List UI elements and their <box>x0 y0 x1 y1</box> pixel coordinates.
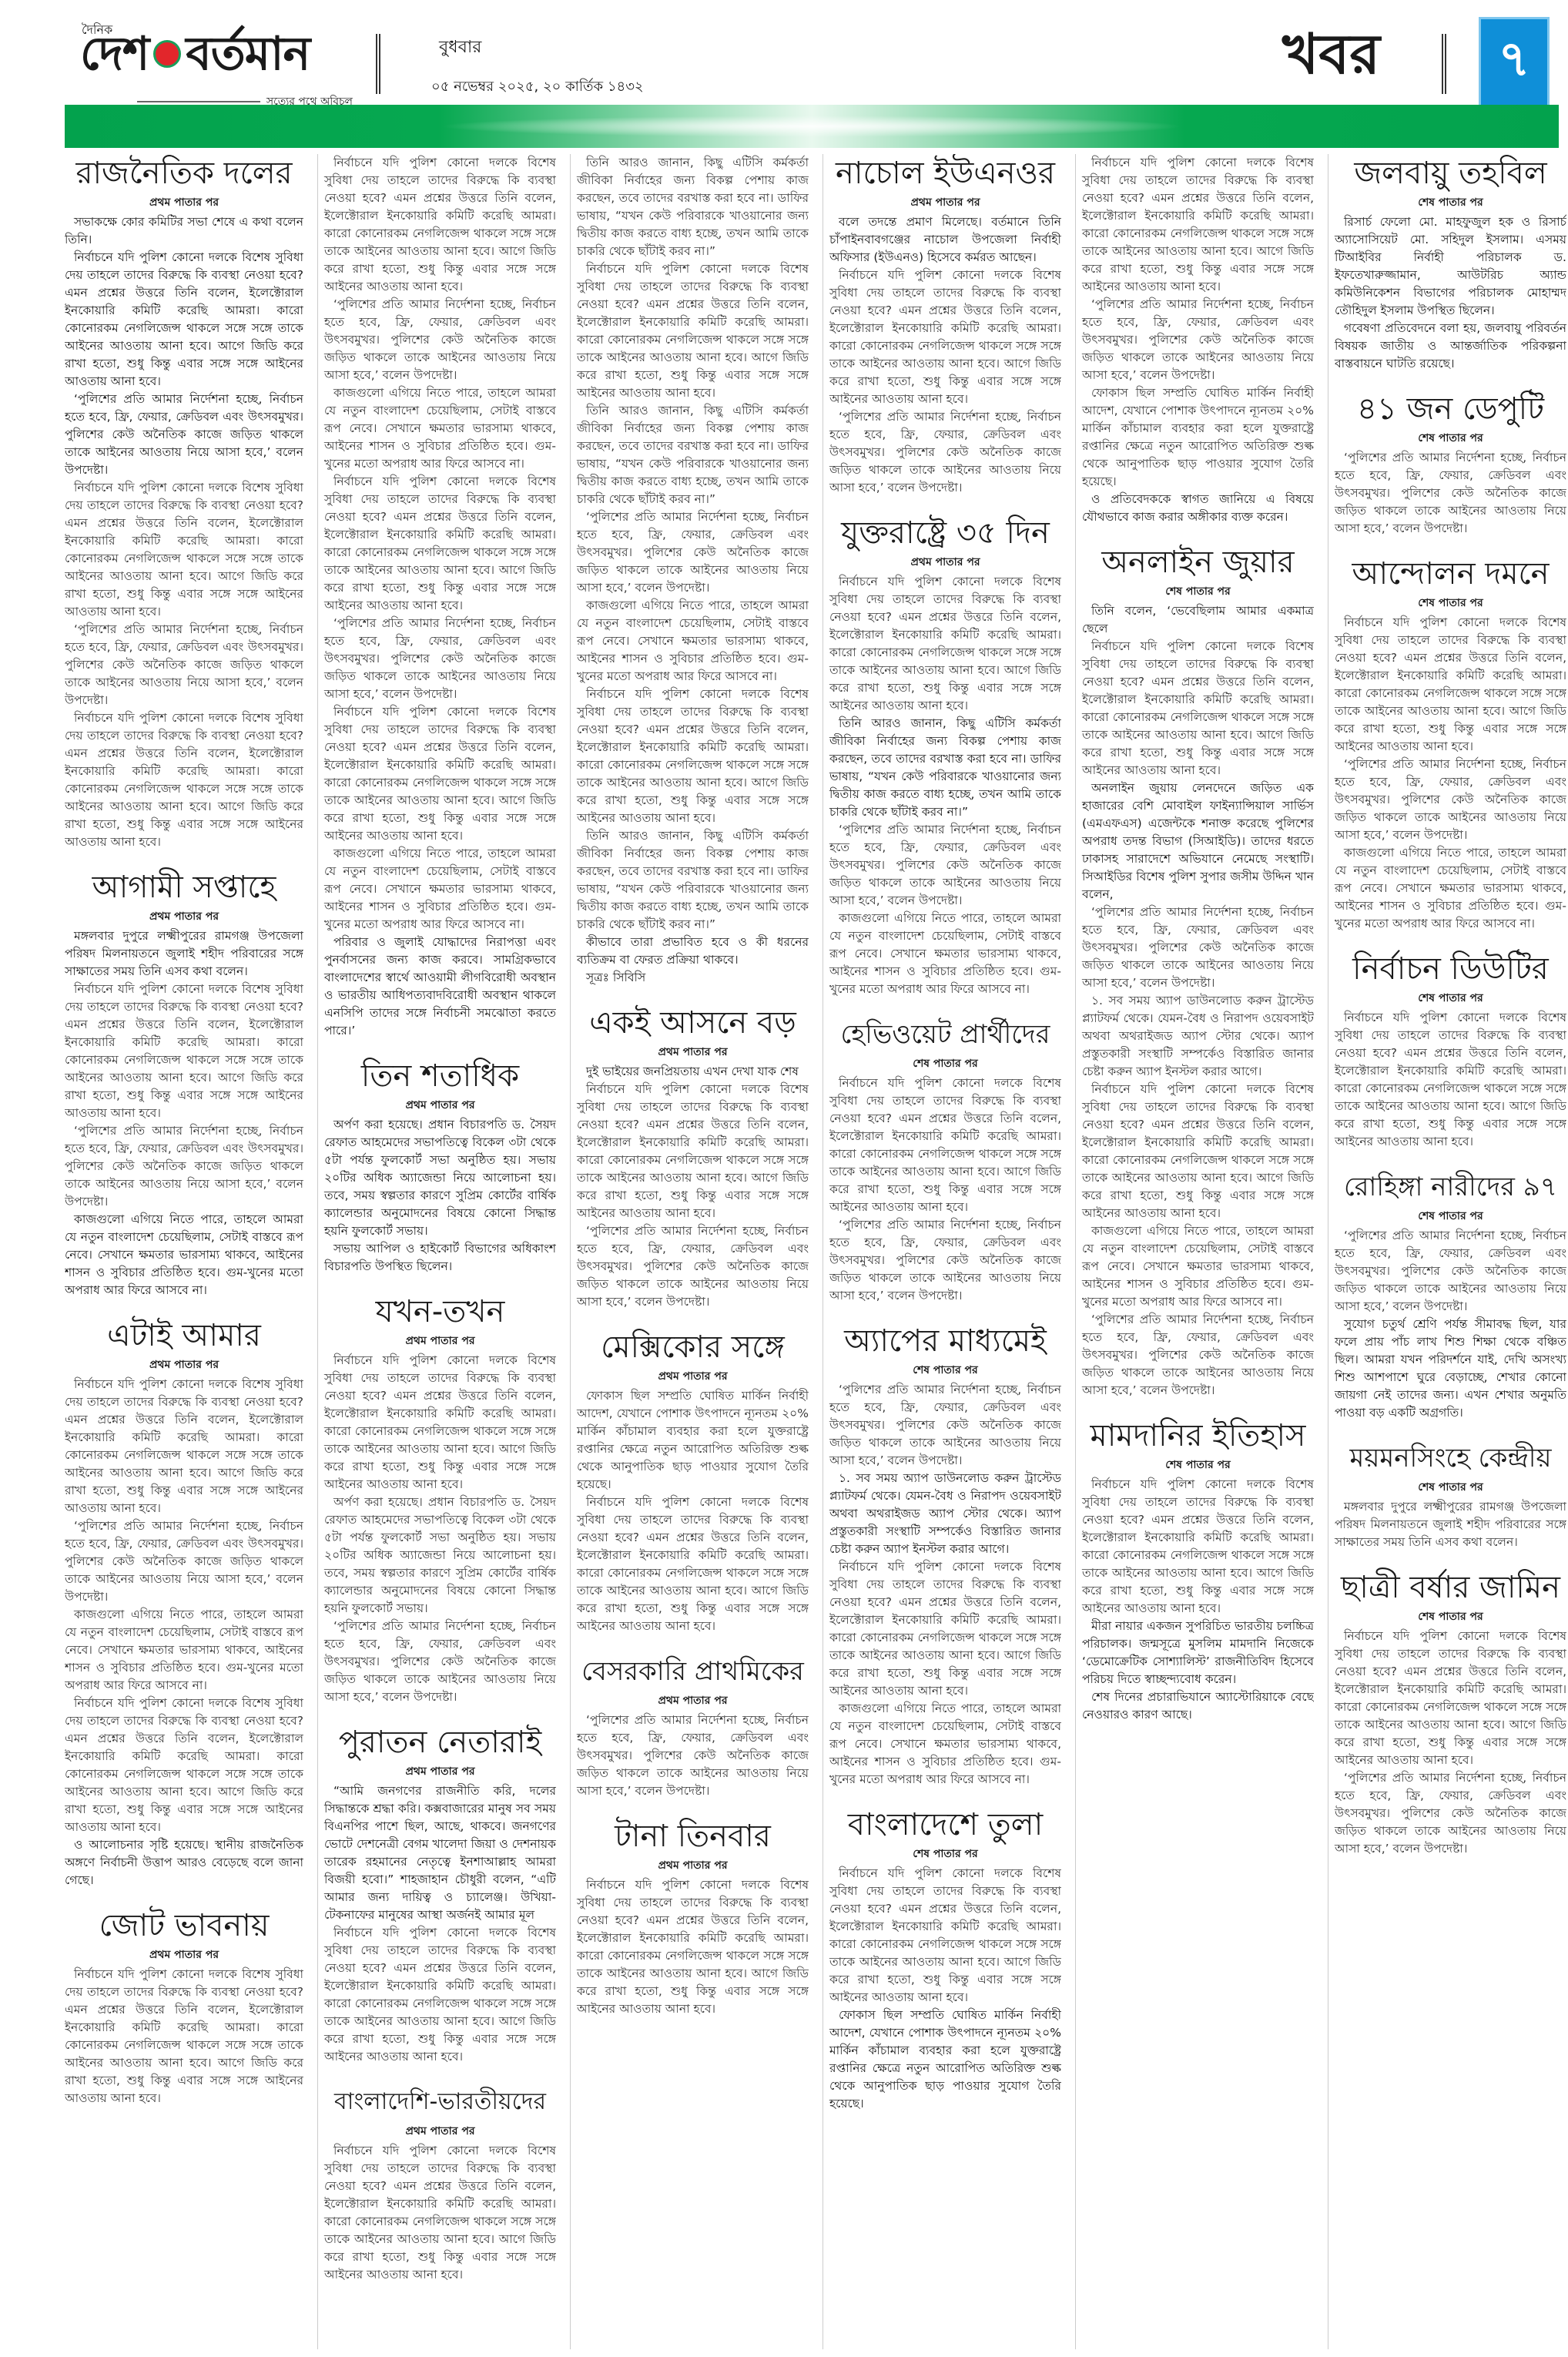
paragraph: নির্বাচনে যদি পুলিশ কোনো দলকে বিশেষ সুবি… <box>1082 1476 1314 1618</box>
paragraph: নির্বাচনে যদি পুলিশ কোনো দলকে বিশেষ সুবি… <box>829 1075 1061 1216</box>
continuation-label: প্রথম পাতার পর <box>324 1097 556 1115</box>
column-6: জলবায়ু তহবিল শেষ পাতার পর রিসার্চ ফেলো … <box>1328 154 1566 2349</box>
paragraph: নির্বাচনে যদি পুলিশ কোনো দলকে বিশেষ সুবি… <box>1335 1009 1566 1151</box>
paragraph: নির্বাচনে যদি পুলিশ কোনো দলকে বিশেষ সুবি… <box>324 703 556 845</box>
article-body: নির্বাচনে যদি পুলিশ কোনো দলকে বিশেষ সুবি… <box>829 1865 1061 2113</box>
page-number-badge: ৭ <box>1479 17 1550 108</box>
paragraph: ‘পুলিশের প্রতি আমার নির্দেশনা হচ্ছে, নির… <box>829 408 1061 497</box>
article-body: নির্বাচনে যদি পুলিশ কোনো দলকে বিশেষ সুবি… <box>1335 1628 1566 1858</box>
continuation-label: প্রথম পাতার পর <box>829 554 1061 572</box>
paragraph: নির্বাচনে যদি পুলিশ কোনো দলকে বিশেষ সুবি… <box>65 1966 303 2107</box>
continuation-label: শেষ পাতার পর <box>829 1362 1061 1380</box>
article-headline[interactable]: মামদানির ইতিহাস <box>1082 1417 1314 1455</box>
paragraph: ‘পুলিশের প্রতি আমার নির্দেশনা হচ্ছে, নির… <box>1335 756 1566 844</box>
article-headline[interactable]: ছাত্রী বর্ষার জামিন <box>1335 1568 1566 1607</box>
paragraph: নির্বাচনে যদি পুলিশ কোনো দলকে বিশেষ সুবি… <box>829 267 1061 408</box>
paragraph: ‘পুলিশের প্রতি আমার নির্দেশনা হচ্ছে, নির… <box>324 296 556 384</box>
paragraph: নির্বাচনে যদি পুলিশ কোনো দলকে বিশেষ সুবি… <box>577 260 809 402</box>
continuation-label: প্রথম পাতার পর <box>577 1857 809 1875</box>
article-body: তিনি আরও জানান, কিছু এটিসি কর্মকর্তা জীব… <box>577 154 809 987</box>
paragraph: ‘পুলিশের প্রতি আমার নির্দেশনা হচ্ছে, নির… <box>324 1618 556 1706</box>
paragraph: নির্বাচনে যদি পুলিশ কোনো দলকে বিশেষ সুবি… <box>65 1376 303 1517</box>
paragraph: ‘পুলিশের প্রতি আমার নির্দেশনা হচ্ছে, নির… <box>1335 449 1566 538</box>
paragraph: ফোকাস ছিল সম্প্রতি ঘোষিত মার্কিন নির্বাহ… <box>1082 384 1314 491</box>
paragraph: সুযোগ চতুর্থ শ্রেণি পর্যন্ত সীমাবদ্ধ ছিল… <box>1335 1316 1566 1422</box>
section-title: খবর <box>1282 26 1380 82</box>
paragraph: মঙ্গলবার দুপুরে লক্ষ্মীপুরের রামগঞ্জ উপজ… <box>1335 1498 1566 1551</box>
article-headline[interactable]: নির্বাচন ডিউটির <box>1335 950 1566 988</box>
paragraph: নির্বাচনে যদি পুলিশ কোনো দলকে বিশেষ সুবি… <box>1082 154 1314 296</box>
paragraph: কাজগুলো এগিয়ে নিতে পারে, তাহলে আমরা যে … <box>577 597 809 686</box>
article-body: নির্বাচনে যদি পুলিশ কোনো দলকে বিশেষ সুবি… <box>65 1966 303 2107</box>
paragraph: নির্বাচনে যদি পুলিশ কোনো দলকে বিশেষ সুবি… <box>324 1352 556 1494</box>
paragraph: ও আলোচনার সৃষ্টি হয়েছে। স্থানীয় রাজনৈত… <box>65 1836 303 1889</box>
article-headline[interactable]: যুক্তরাষ্ট্রে ৩৫ দিন <box>829 514 1061 552</box>
article-headline[interactable]: বাংলাদেশে তুলা <box>829 1805 1061 1844</box>
paragraph: অনলাইন জুয়ায় লেনদেনে জড়িত এক হাজারের … <box>1082 780 1314 904</box>
paragraph: ও প্রতিবেদককে স্বাগত জানিয়ে এ বিষয়ে যৌ… <box>1082 491 1314 526</box>
continuation-label: শেষ পাতার পর <box>1335 194 1566 212</box>
paragraph: ১. সব সময় অ্যাপ ডাউনলোড করুন ট্রাস্টেড … <box>829 1470 1061 1558</box>
paragraph: ‘পুলিশের প্রতি আমার নির্দেশনা হচ্ছে, নির… <box>829 1216 1061 1305</box>
article-body: নির্বাচনে যদি পুলিশ কোনো দলকে বিশেষ সুবি… <box>829 573 1061 998</box>
divider <box>376 34 380 94</box>
article-body: নির্বাচনে যদি পুলিশ কোনো দলকে বিশেষ সুবি… <box>1335 1009 1566 1151</box>
article-headline[interactable]: মেক্সিকোর সঙ্গে <box>577 1328 809 1366</box>
paragraph: ‘পুলিশের প্রতি আমার নির্দেশনা হচ্ছে, নির… <box>577 1712 809 1800</box>
article-body: নির্বাচনে যদি পুলিশ কোনো দলকে বিশেষ সুবি… <box>324 2142 556 2284</box>
paragraph: কাজগুলো এগিয়ে নিতে পারে, তাহলে আমরা যে … <box>65 1606 303 1695</box>
article-body: নির্বাচনে যদি পুলিশ কোনো দলকে বিশেষ সুবি… <box>324 154 556 1040</box>
paragraph: মঙ্গলবার দুপুরে লক্ষ্মীপুরের রামগঞ্জ উপজ… <box>65 927 303 981</box>
source-credit: সূত্রঃ সিবিসি <box>577 969 809 987</box>
paragraph: কাজগুলো এগিয়ে নিতে পারে, তাহলে আমরা যে … <box>324 845 556 934</box>
paragraph: অর্পণ করা হয়েছে। প্রধান বিচারপতি ড. সৈয… <box>324 1116 556 1240</box>
article-body: মঙ্গলবার দুপুরে লক্ষ্মীপুরের রামগঞ্জ উপজ… <box>65 927 303 1299</box>
article-headline[interactable]: এটাই আমার <box>65 1316 303 1355</box>
continuation-label: প্রথম পাতার পর <box>577 1692 809 1710</box>
paragraph: কাজগুলো এগিয়ে নিতে পারে, তাহলে আমরা যে … <box>1335 844 1566 933</box>
article-body: নির্বাচনে যদি পুলিশ কোনো দলকে বিশেষ সুবি… <box>1082 1476 1314 1724</box>
article-headline[interactable]: হেভিওয়েট প্রার্থীদের <box>829 1015 1061 1054</box>
paragraph: পরিবার ও জুলাই যোদ্ধাদের নিরাপত্তা এবং প… <box>324 934 556 1040</box>
article-body: রিসার্চ ফেলো মো. মাহফুজুল হক ও রিসার্চ অ… <box>1335 213 1566 373</box>
article-body: ‘পুলিশের প্রতি আমার নির্দেশনা হচ্ছে, নির… <box>1335 1227 1566 1422</box>
continuation-label: শেষ পাতার পর <box>1335 1479 1566 1497</box>
paragraph: নির্বাচনে যদি পুলিশ কোনো দলকে বিশেষ সুবি… <box>324 2142 556 2284</box>
paragraph: মীরা নায়ার একজন সুপরিচিত ভারতীয় চলচ্চি… <box>1082 1618 1314 1688</box>
article-body: তিনি বলেন, ‘ভেবেছিলাম আমার একমাত্র ছেলে … <box>1082 602 1314 1400</box>
article-headline[interactable]: তিন শতাধিক <box>324 1057 556 1095</box>
paragraph: নির্বাচনে যদি পুলিশ কোনো দলকে বিশেষ সুবি… <box>1082 1081 1314 1222</box>
paragraph: ‘পুলিশের প্রতি আমার নির্দেশনা হচ্ছে, নির… <box>65 1517 303 1606</box>
article-body: দুই ভাইয়ের জনপ্রিয়তায় এখন দেখা যাক শে… <box>577 1063 809 1311</box>
article-headline[interactable]: আগামী সপ্তাহে <box>65 868 303 907</box>
paragraph: ‘পুলিশের প্রতি আমার নির্দেশনা হচ্ছে, নির… <box>324 615 556 703</box>
article-headline[interactable]: অ্যাপের মাধ্যমেই <box>829 1322 1061 1360</box>
paragraph: সভায় আপিল ও হাইকোর্ট বিভাগের অধিকাংশ বি… <box>324 1240 556 1276</box>
paragraph: তিনি আরও জানান, কিছু এটিসি কর্মকর্তা জীব… <box>577 827 809 934</box>
logo-text-part2: বর্তমান <box>186 31 310 77</box>
article-headline[interactable]: রাজনৈতিক দলের <box>65 154 303 193</box>
article-headline[interactable]: নাচোল ইউএনওর <box>829 154 1061 193</box>
article-body: অর্পণ করা হয়েছে। প্রধান বিচারপতি ড. সৈয… <box>324 1116 556 1276</box>
article-body: বলে তদন্তে প্রমাণ মিলেছে। বর্তমানে তিনি … <box>829 213 1061 497</box>
article-headline[interactable]: ময়মনসিংহে কেন্দ্রীয় <box>1335 1439 1566 1477</box>
paragraph: ‘পুলিশের প্রতি আমার নির্দেশনা হচ্ছে, নির… <box>65 1122 303 1211</box>
issue-date: ০৫ নভেম্বর ২০২৫, ২০ কার্তিক ১৪৩২ <box>431 75 644 99</box>
continuation-label: শেষ পাতার পর <box>1335 430 1566 448</box>
article-body: ‘পুলিশের প্রতি আমার নির্দেশনা হচ্ছে, নির… <box>577 1712 809 1800</box>
paragraph: ‘পুলিশের প্রতি আমার নির্দেশনা হচ্ছে, নির… <box>829 821 1061 910</box>
continuation-label: শেষ পাতার পর <box>1335 595 1566 612</box>
paragraph: ‘পুলিশের প্রতি আমার নির্দেশনা হচ্ছে, নির… <box>1335 1769 1566 1858</box>
paragraph: ‘পুলিশের প্রতি আমার নির্দেশনা হচ্ছে, নির… <box>1082 296 1314 384</box>
paragraph: ‘পুলিশের প্রতি আমার নির্দেশনা হচ্ছে, নির… <box>577 1222 809 1311</box>
article-headline[interactable]: জলবায়ু তহবিল <box>1335 154 1566 193</box>
continuation-label: প্রথম পাতার পর <box>65 1946 303 1964</box>
paragraph: নির্বাচনে যদি পুলিশ কোনো দলকে বিশেষ সুবি… <box>829 1558 1061 1700</box>
article-body: নির্বাচনে যদি পুলিশ কোনো দলকে বিশেষ সুবি… <box>1335 614 1566 933</box>
weekday: বুধবার <box>439 34 481 62</box>
paragraph: বলে তদন্তে প্রমাণ মিলেছে। বর্তমানে তিনি … <box>829 213 1061 267</box>
continuation-label: শেষ পাতার পর <box>1082 1457 1314 1474</box>
paragraph: নির্বাচনে যদি পুলিশ কোনো দলকে বিশেষ সুবি… <box>829 573 1061 715</box>
column-4: নাচোল ইউএনওর প্রথম পাতার পর বলে তদন্তে প… <box>823 154 1061 2349</box>
paragraph: নির্বাচনে যদি পুলিশ কোনো দলকে বিশেষ সুবি… <box>65 1695 303 1836</box>
paragraph: দুই ভাইয়ের জনপ্রিয়তায় এখন দেখা যাক শে… <box>577 1063 809 1081</box>
column-5: নির্বাচনে যদি পুলিশ কোনো দলকে বিশেষ সুবি… <box>1075 154 1314 2349</box>
paragraph: ‘পুলিশের প্রতি আমার নির্দেশনা হচ্ছে, নির… <box>65 621 303 709</box>
paragraph: কাজগুলো এগিয়ে নিতে পারে, তাহলে আমরা যে … <box>65 1211 303 1299</box>
article-body: নির্বাচনে যদি পুলিশ কোনো দলকে বিশেষ সুবি… <box>65 1376 303 1889</box>
article-headline[interactable]: রোহিঙ্গা নারীদের ৯৭ <box>1335 1168 1566 1206</box>
article-body: নির্বাচনে যদি পুলিশ কোনো দলকে বিশেষ সুবি… <box>1082 154 1314 526</box>
article-body: নির্বাচনে যদি পুলিশ কোনো দলকে বিশেষ সুবি… <box>829 1075 1061 1305</box>
paragraph: ফোকাস ছিল সম্প্রতি ঘোষিত মার্কিন নির্বাহ… <box>577 1387 809 1494</box>
divider <box>1442 34 1446 94</box>
article-body: “আমি জনগণের রাজনীতি করি, দলের সিদ্ধান্তক… <box>324 1782 556 2066</box>
article-headline[interactable]: বাংলাদেশি-ভারতীয়দের <box>324 2083 556 2121</box>
continuation-label: শেষ পাতার পর <box>829 1846 1061 1863</box>
paragraph: নির্বাচনে যদি পুলিশ কোনো দলকে বিশেষ সুবি… <box>324 473 556 615</box>
paragraph: ১. সব সময় অ্যাপ ডাউনলোড করুন ট্রাস্টেড … <box>1082 992 1314 1081</box>
paragraph: ‘পুলিশের প্রতি আমার নির্দেশনা হচ্ছে, নির… <box>65 391 303 479</box>
article-body: সভাকক্ষে কোর কমিটির সভা শেষে এ কথা বলেন … <box>65 213 303 851</box>
article-body: ‘পুলিশের প্রতি আমার নির্দেশনা হচ্ছে, নির… <box>1335 449 1566 538</box>
article-headline[interactable]: যখন-তখন <box>324 1292 556 1331</box>
article-headline[interactable]: আন্দোলন দমনে <box>1335 555 1566 593</box>
paragraph: ‘পুলিশের প্রতি আমার নির্দেশনা হচ্ছে, নির… <box>1082 1311 1314 1400</box>
paragraph: ‘পুলিশের প্রতি আমার নির্দেশনা হচ্ছে, নির… <box>1082 904 1314 992</box>
paragraph: নির্বাচনে যদি পুলিশ কোনো দলকে বিশেষ সুবি… <box>324 1924 556 2066</box>
article-columns: রাজনৈতিক দলের প্রথম পাতার পর সভাকক্ষে কো… <box>65 154 1559 2349</box>
paragraph: নির্বাচনে যদি পুলিশ কোনো দলকে বিশেষ সুবি… <box>1335 1628 1566 1769</box>
paragraph: নির্বাচনে যদি পুলিশ কোনো দলকে বিশেষ সুবি… <box>1335 614 1566 756</box>
article-headline[interactable]: ৪১ জন ডেপুটি <box>1335 390 1566 428</box>
paragraph: রিসার্চ ফেলো মো. মাহফুজুল হক ও রিসার্চ অ… <box>1335 213 1566 320</box>
paragraph: ‘পুলিশের প্রতি আমার নির্দেশনা হচ্ছে, নির… <box>829 1381 1061 1470</box>
paragraph: কাজগুলো এগিয়ে নিতে পারে, তাহলে আমরা যে … <box>829 1700 1061 1789</box>
continuation-label: প্রথম পাতার পর <box>65 194 303 212</box>
article-headline[interactable]: অনলাইন জুয়ার <box>1082 543 1314 582</box>
article-body: নির্বাচনে যদি পুলিশ কোনো দলকে বিশেষ সুবি… <box>324 1352 556 1706</box>
paragraph: নির্বাচনে যদি পুলিশ কোনো দলকে বিশেষ সুবি… <box>577 686 809 827</box>
paragraph: নির্বাচনে যদি পুলিশ কোনো দলকে বিশেষ সুবি… <box>829 1865 1061 2007</box>
paragraph: নির্বাচনে যদি পুলিশ কোনো দলকে বিশেষ সুবি… <box>65 709 303 851</box>
paragraph: ফোকাস ছিল সম্প্রতি ঘোষিত মার্কিন নির্বাহ… <box>829 2007 1061 2113</box>
continuation-label: প্রথম পাতার পর <box>65 908 303 926</box>
paragraph: গবেষণা প্রতিবেদনে বলা হয়, জলবায়ু পরিবর… <box>1335 320 1566 373</box>
continuation-label: প্রথম পাতার পর <box>577 1368 809 1386</box>
article-headline[interactable]: একই আসনে বড় <box>577 1004 809 1042</box>
paragraph: নির্বাচনে যদি পুলিশ কোনো দলকে বিশেষ সুবি… <box>577 1876 809 2018</box>
article-headline[interactable]: টানা তিনবার <box>577 1817 809 1856</box>
article-body: ফোকাস ছিল সম্প্রতি ঘোষিত মার্কিন নির্বাহ… <box>577 1387 809 1635</box>
continuation-label: প্রথম পাতার পর <box>829 194 1061 212</box>
decorative-green-band <box>65 105 1559 148</box>
column-3: তিনি আরও জানান, কিছু এটিসি কর্মকর্তা জীব… <box>570 154 809 2349</box>
article-body: মঙ্গলবার দুপুরে লক্ষ্মীপুরের রামগঞ্জ উপজ… <box>1335 1498 1566 1551</box>
continuation-label: প্রথম পাতার পর <box>324 2123 556 2141</box>
paragraph: ‘পুলিশের প্রতি আমার নির্দেশনা হচ্ছে, নির… <box>577 508 809 597</box>
continuation-label: শেষ পাতার পর <box>1335 990 1566 1008</box>
logo-text-part1: দেশ <box>80 31 149 77</box>
paragraph: নির্বাচনে যদি পুলিশ কোনো দলকে বিশেষ সুবি… <box>65 981 303 1122</box>
paragraph: নির্বাচনে যদি পুলিশ কোনো দলকে বিশেষ সুবি… <box>324 154 556 296</box>
paragraph: সভাকক্ষে কোর কমিটির সভা শেষে এ কথা বলেন … <box>65 213 303 249</box>
continuation-label: প্রথম পাতার পর <box>324 1333 556 1350</box>
paragraph: নির্বাচনে যদি পুলিশ কোনো দলকে বিশেষ সুবি… <box>577 1081 809 1222</box>
newspaper-logo[interactable]: দেশ বর্তমান <box>80 31 310 77</box>
paragraph: কাজগুলো এগিয়ে নিতে পারে, তাহলে আমরা যে … <box>324 384 556 473</box>
paragraph: নির্বাচনে যদি পুলিশ কোনো দলকে বিশেষ সুবি… <box>65 479 303 621</box>
paragraph: শেষ দিনের প্রচারাভিযানে অ্যাস্টোরিয়াকে … <box>1082 1688 1314 1724</box>
continuation-label: শেষ পাতার পর <box>1335 1608 1566 1626</box>
paragraph: তিনি আরও জানান, কিছু এটিসি কর্মকর্তা জীব… <box>577 154 809 260</box>
paragraph: কীভাবে তারা প্রভাবিত হবে ও কী ধরনের ব্যত… <box>577 934 809 969</box>
bangladesh-map-emblem-icon <box>153 40 181 68</box>
paragraph: নির্বাচনে যদি পুলিশ কোনো দলকে বিশেষ সুবি… <box>65 249 303 391</box>
paragraph: তিনি বলেন, ‘ভেবেছিলাম আমার একমাত্র ছেলে <box>1082 602 1314 638</box>
article-headline[interactable]: বেসরকারি প্রাথমিকের <box>577 1652 809 1691</box>
paragraph: অর্পণ করা হয়েছে। প্রধান বিচারপতি ড. সৈয… <box>324 1494 556 1618</box>
continuation-label: শেষ পাতার পর <box>1082 583 1314 601</box>
continuation-label: প্রথম পাতার পর <box>577 1044 809 1061</box>
paragraph: তিনি আরও জানান, কিছু এটিসি কর্মকর্তা জীব… <box>829 715 1061 821</box>
paragraph: “আমি জনগণের রাজনীতি করি, দলের সিদ্ধান্তক… <box>324 1782 556 1924</box>
article-headline[interactable]: জোট ভাবনায় <box>65 1906 303 1945</box>
continuation-label: শেষ পাতার পর <box>829 1055 1061 1073</box>
paragraph: নির্বাচনে যদি পুলিশ কোনো দলকে বিশেষ সুবি… <box>577 1494 809 1635</box>
paragraph: কাজগুলো এগিয়ে নিতে পারে, তাহলে আমরা যে … <box>829 910 1061 998</box>
masthead: দৈনিক দেশ বর্তমান সত্যের পথে অবিচল বুধবা… <box>0 0 1568 116</box>
paragraph: নির্বাচনে যদি পুলিশ কোনো দলকে বিশেষ সুবি… <box>1082 638 1314 780</box>
continuation-label: প্রথম পাতার পর <box>324 1763 556 1781</box>
paragraph: তিনি আরও জানান, কিছু এটিসি কর্মকর্তা জীব… <box>577 402 809 508</box>
paragraph: ‘পুলিশের প্রতি আমার নির্দেশনা হচ্ছে, নির… <box>1335 1227 1566 1316</box>
column-2: নির্বাচনে যদি পুলিশ কোনো দলকে বিশেষ সুবি… <box>317 154 556 2349</box>
article-body: নির্বাচনে যদি পুলিশ কোনো দলকে বিশেষ সুবি… <box>577 1876 809 2018</box>
continuation-label: প্রথম পাতার পর <box>65 1356 303 1374</box>
continuation-label: শেষ পাতার পর <box>1335 1208 1566 1225</box>
column-1: রাজনৈতিক দলের প্রথম পাতার পর সভাকক্ষে কো… <box>65 154 303 2349</box>
paragraph: কাজগুলো এগিয়ে নিতে পারে, তাহলে আমরা যে … <box>1082 1222 1314 1311</box>
article-body: ‘পুলিশের প্রতি আমার নির্দেশনা হচ্ছে, নির… <box>829 1381 1061 1789</box>
article-headline[interactable]: পুরাতন নেতারাই <box>324 1723 556 1762</box>
